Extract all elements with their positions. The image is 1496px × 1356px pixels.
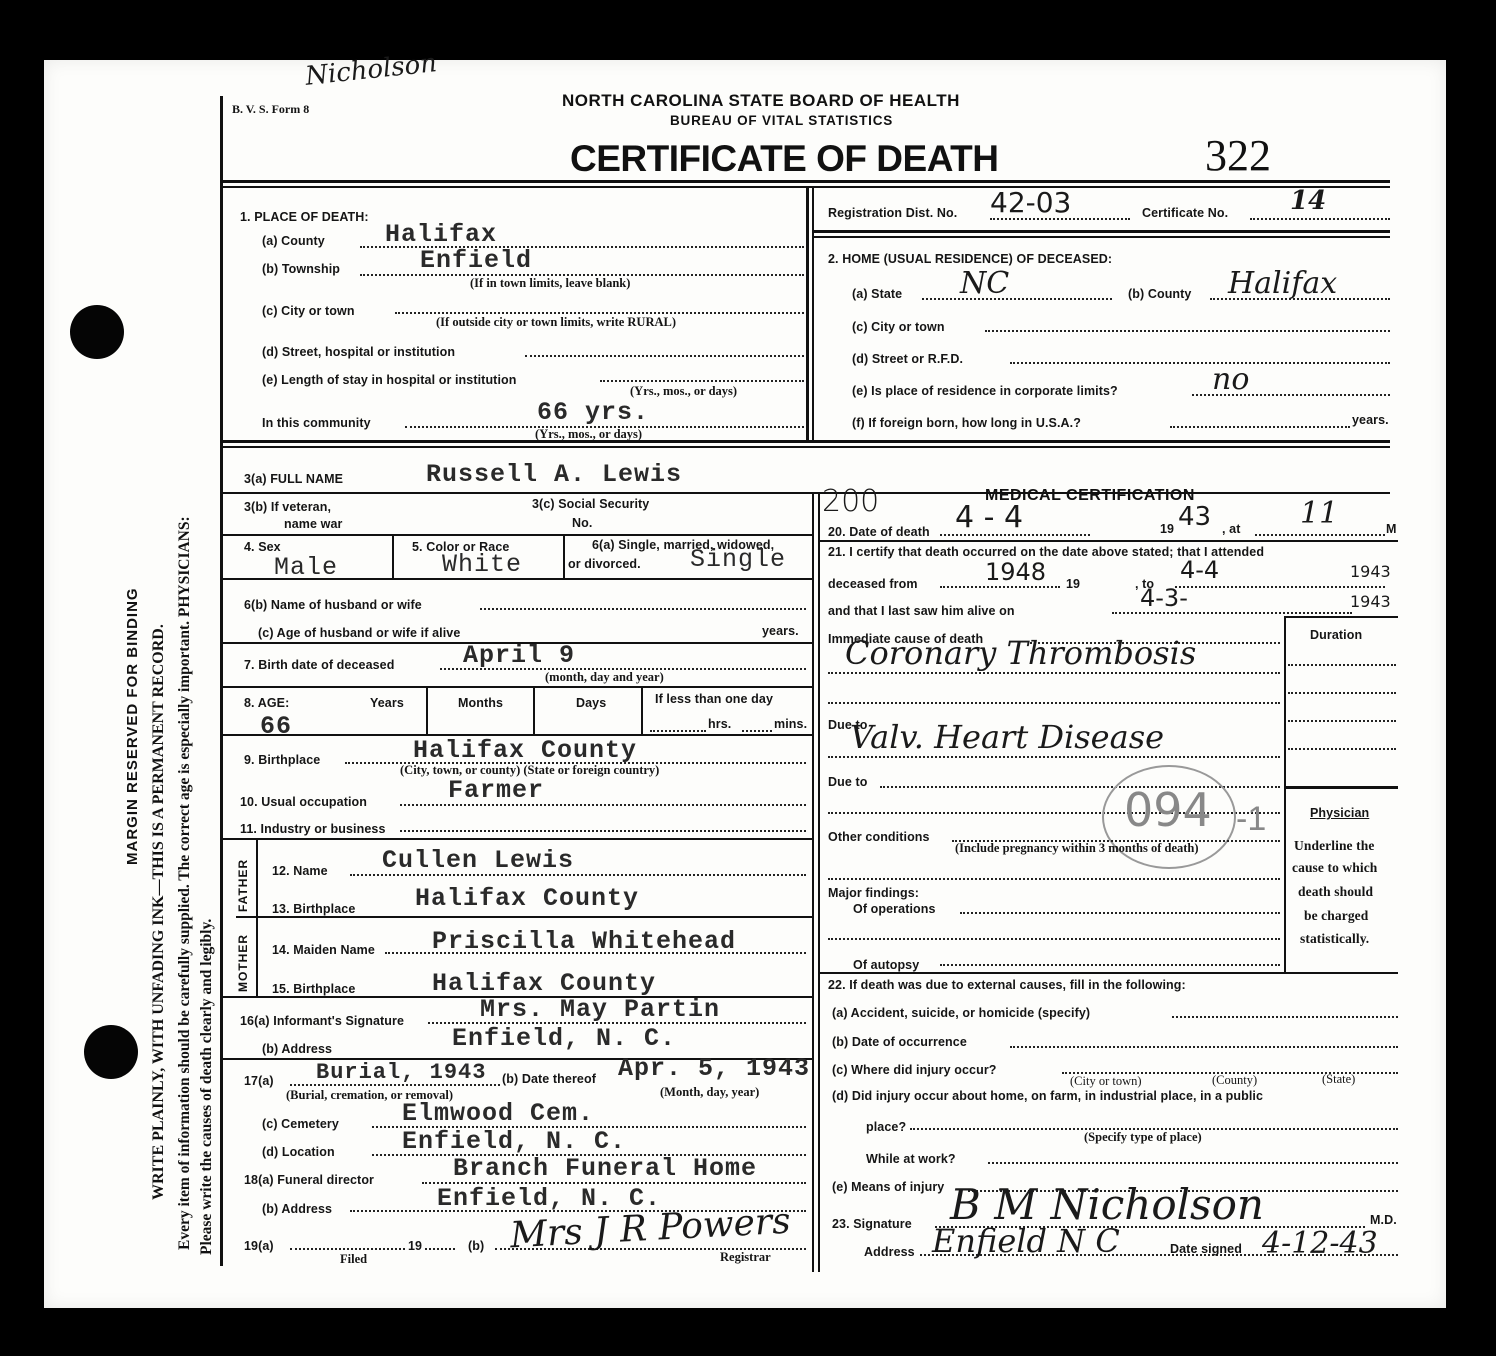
funeral-director-value: Branch Funeral Home: [453, 1154, 757, 1183]
injury-place-label-1: (d) Did injury occur about home, on farm…: [832, 1089, 1263, 1103]
filed-caption: Filed: [340, 1252, 367, 1267]
attended-to-value: 4-4: [1180, 556, 1219, 584]
community-note: (Yrs., mos., or days): [535, 427, 642, 442]
father-name-value: Cullen Lewis: [382, 846, 574, 875]
operations-line-2: [828, 938, 1280, 940]
mother-name-label: 14. Maiden Name: [272, 943, 375, 957]
certificate-no-line: [1250, 218, 1390, 220]
burial-location-label: (d) Location: [262, 1145, 335, 1159]
father-birthplace-value: Halifax County: [415, 884, 639, 913]
death-street-label: (d) Street, hospital or institution: [262, 345, 455, 359]
certificate-title: CERTIFICATE OF DEATH: [570, 138, 999, 180]
residence-city-label: (c) City or town: [852, 320, 945, 334]
birth-date-label: 7. Birth date of deceased: [244, 658, 394, 672]
classification-stamp-code: 094: [1124, 783, 1212, 837]
accident-line: [1172, 1016, 1398, 1018]
row4-top-rule: [222, 534, 812, 536]
due-to-value-1: Valv. Heart Disease: [850, 718, 1164, 756]
veteran-label-2: name war: [284, 517, 342, 531]
death-date-value: 4 - 4: [955, 500, 1023, 535]
spouse-name-line: [480, 608, 806, 610]
left-frame-line: [220, 96, 223, 1266]
injury-place-label-2: place?: [866, 1120, 906, 1134]
binding-hole-top: [70, 305, 124, 359]
section1-bottom-rule-2: [222, 446, 1390, 448]
margin-info-note: Every item of information should be care…: [176, 516, 194, 1250]
attended-from-label: deceased from: [828, 577, 918, 591]
duration-divider: [1284, 616, 1286, 972]
residence-state-label: (a) State: [852, 287, 902, 301]
date-signed-label: Date signed: [1170, 1242, 1242, 1256]
filed-label-a: 19(a): [244, 1239, 274, 1253]
certificate-no-value: 14: [1290, 186, 1326, 216]
foreign-born-line: [1170, 426, 1350, 428]
age-years-divider: [426, 686, 428, 734]
city-note: (If outside city or town limits, write R…: [436, 315, 676, 330]
attended-to-line: [1175, 586, 1385, 588]
age-mins-label: mins.: [774, 717, 807, 731]
corporate-limits-label: (e) Is place of residence in corporate l…: [852, 384, 1118, 398]
residence-top-rule-2: [812, 236, 1390, 238]
death-city-line: [395, 312, 804, 314]
full-name-value: Russell A. Lewis: [426, 460, 682, 489]
medical-divider: [812, 492, 814, 1272]
occupation-label: 10. Usual occupation: [240, 795, 367, 809]
md-suffix: M.D.: [1370, 1213, 1397, 1227]
death-year-prefix: 19: [1160, 522, 1174, 536]
residence-top-rule: [812, 230, 1390, 233]
township-note: (If in town limits, leave blank): [470, 276, 630, 291]
marital-value: Single: [690, 545, 786, 574]
stay-length-note: (Yrs., mos., or days): [630, 384, 737, 399]
race-marital-divider: [563, 534, 565, 578]
death-time-suffix: M: [1386, 522, 1397, 536]
attended-from-value: 1948: [985, 558, 1046, 586]
director-address-label: (b) Address: [262, 1202, 332, 1216]
filed-year-prefix: 19: [408, 1239, 422, 1253]
death-county-value: Halifax: [385, 220, 497, 249]
physician-note-1: Underline the: [1294, 838, 1374, 854]
ssn-label-2: No.: [572, 516, 592, 530]
filed-year-line: [425, 1248, 455, 1250]
informant-signature-label: 16(a) Informant's Signature: [240, 1014, 404, 1028]
death-township-label: (b) Township: [262, 262, 340, 276]
cause-line-3: [828, 702, 1280, 704]
certificate-no-label: Certificate No.: [1142, 206, 1228, 220]
father-birthplace-label: 13. Birthplace: [272, 902, 355, 916]
duration-line-1: [1288, 664, 1396, 666]
immediate-cause-line-2: [828, 672, 1280, 674]
sex-race-divider: [392, 534, 394, 578]
where-note-county: (County): [1212, 1073, 1257, 1088]
binding-hole-bottom: [84, 1025, 138, 1079]
disposition-value: Burial, 1943: [316, 1060, 486, 1085]
margin-binding-note: MARGIN RESERVED FOR BINDING: [124, 587, 141, 865]
age-days-label: Days: [576, 696, 606, 710]
classification-stamp-suffix: -1: [1236, 800, 1266, 839]
medical-divider-2: [818, 492, 820, 1272]
birthplace-value: Halifax County: [413, 736, 637, 765]
death-at-label: , at: [1222, 522, 1240, 536]
death-city-label: (c) City or town: [262, 304, 355, 318]
age-hrs-line: [650, 730, 706, 732]
physician-address-value: Enfield N C: [932, 1222, 1120, 1260]
mother-birthplace-value: Halifax County: [432, 969, 656, 998]
operations-line: [960, 912, 1280, 914]
row6-top-rule: [222, 578, 812, 580]
birth-date-note: (month, day and year): [545, 670, 664, 685]
spouse-age-label: (c) Age of husband or wife if alive: [258, 626, 460, 640]
residence-county-label: (b) County: [1128, 287, 1191, 301]
veteran-label-1: 3(b) If veteran,: [244, 500, 331, 514]
stay-length-label: (e) Length of stay in hospital or instit…: [262, 373, 517, 387]
means-of-injury-label: (e) Means of injury: [832, 1180, 944, 1194]
section1-bottom-rule: [222, 440, 1390, 443]
spouse-name-label: 6(b) Name of husband or wife: [244, 598, 422, 612]
duration-label: Duration: [1310, 628, 1362, 642]
birth-date-value: April 9: [463, 641, 575, 670]
last-saw-value: 4-3-: [1140, 584, 1188, 612]
physician-address-label: Address: [864, 1245, 915, 1259]
margin-causes-note: Please write the causes of death clearly…: [198, 919, 216, 1255]
injury-place-note: (Specify type of place): [1084, 1130, 1202, 1145]
mother-top-rule: [236, 916, 812, 918]
spouse-age-unit: years.: [762, 624, 799, 638]
while-at-work-line: [988, 1162, 1398, 1164]
duration-line-4: [1288, 748, 1396, 750]
other-conditions-line-2: [828, 878, 1280, 880]
physician-signature-label: 23. Signature: [832, 1217, 912, 1231]
registration-dist-label: Registration Dist. No.: [828, 206, 957, 220]
death-year-value: 43: [1178, 502, 1211, 532]
age-years-label: Years: [370, 696, 404, 710]
last-saw-line: [1112, 612, 1352, 614]
certify-top-rule: [818, 540, 1398, 542]
header-rule: [222, 180, 1390, 183]
duration-line-2: [1288, 692, 1396, 694]
margin-ink-note: WRITE PLAINLY, WITH UNFADING INK—THIS IS…: [150, 624, 168, 1200]
operations-label: Of operations: [853, 902, 936, 916]
center-divider-2: [812, 186, 814, 442]
father-name-label: 12. Name: [272, 864, 328, 878]
filed-label-b: (b): [468, 1239, 484, 1253]
informant-signature-value: Mrs. May Partin: [480, 995, 720, 1024]
attended-to-year: 1943: [1350, 562, 1391, 581]
residence-heading: 2. HOME (USUAL RESIDENCE) OF DECEASED:: [828, 252, 1112, 266]
residence-street-label: (d) Street or R.F.D.: [852, 352, 963, 366]
age-less-label: If less than one day: [655, 692, 773, 706]
occurrence-date-line: [1010, 1046, 1398, 1048]
stamp-number: 322: [1205, 130, 1271, 181]
mother-birthplace-label: 15. Birthplace: [272, 982, 355, 996]
other-conditions-note: (Include pregnancy within 3 months of de…: [955, 841, 1199, 856]
residence-street-line: [1010, 362, 1390, 364]
while-at-work-label: While at work?: [866, 1152, 956, 1166]
residence-county-value: Halifax: [1228, 266, 1337, 301]
filed-date-line: [290, 1248, 405, 1250]
residence-state-value: NC: [960, 266, 1009, 301]
death-time-value: 11: [1300, 496, 1338, 531]
mother-tab: MOTHER: [236, 934, 250, 992]
accident-label: (a) Accident, suicide, or homicide (spec…: [832, 1006, 1090, 1020]
burial-date-note: (Month, day, year): [660, 1085, 759, 1100]
center-divider: [806, 186, 809, 442]
where-note-city: (City or town): [1070, 1074, 1142, 1089]
attended-from-line: [940, 586, 1060, 588]
autopsy-label: Of autopsy: [853, 958, 919, 972]
mother-name-value: Priscilla Whitehead: [432, 927, 736, 956]
due-to-line-1: [828, 756, 1280, 758]
registrar-caption: Registrar: [720, 1250, 771, 1265]
disposition-label: 17(a): [244, 1074, 274, 1088]
industry-line: [400, 830, 806, 832]
death-street-line: [525, 355, 804, 357]
age-years-value: 66: [260, 712, 292, 741]
death-time-line: [1255, 534, 1385, 536]
cause-top-rule: [1284, 616, 1398, 618]
date-signed-value: 4-12-43: [1262, 1226, 1378, 1261]
burial-date-value: Apr. 5, 1943: [618, 1054, 810, 1083]
immediate-cause-value: Coronary Thrombosis: [845, 634, 1196, 672]
foreign-born-unit: years.: [1352, 413, 1389, 427]
death-county-label: (a) County: [262, 234, 325, 248]
physician-note-5: statistically.: [1300, 931, 1369, 947]
age-days-divider: [641, 686, 643, 734]
registration-dist-value: 42-03: [990, 186, 1071, 219]
residence-state-line: [922, 298, 1112, 300]
birthplace-label: 9. Birthplace: [244, 753, 320, 767]
race-value: White: [442, 550, 522, 579]
duration-line-3: [1288, 720, 1396, 722]
physician-box-top-rule: [1284, 786, 1398, 789]
funeral-director-label: 18(a) Funeral director: [244, 1173, 374, 1187]
ssn-label-1: 3(c) Social Security: [532, 497, 649, 511]
cemetery-label: (c) Cemetery: [262, 1117, 339, 1131]
burial-date-label: (b) Date thereof: [502, 1072, 596, 1086]
physician-note-2: cause to which: [1292, 860, 1377, 876]
age-months-label: Months: [458, 696, 503, 710]
informant-address-value: Enfield, N. C.: [452, 1024, 676, 1053]
bureau-name: BUREAU OF VITAL STATISTICS: [670, 113, 893, 128]
sex-label: 4. Sex: [244, 540, 281, 554]
place-of-death-heading: 1. PLACE OF DEATH:: [240, 210, 369, 224]
age-label: 8. AGE:: [244, 696, 289, 710]
agency-name: NORTH CAROLINA STATE BOARD OF HEALTH: [562, 91, 960, 111]
industry-label: 11. Industry or business: [240, 822, 386, 836]
age-mins-line: [742, 730, 772, 732]
form-id: B. V. S. Form 8: [232, 102, 309, 117]
death-township-value: Enfield: [420, 246, 532, 275]
external-top-rule: [818, 972, 1398, 974]
full-name-rule: [222, 492, 1390, 494]
last-saw-year: 1943: [1350, 592, 1391, 611]
due-to-label-2: Due to: [828, 775, 868, 789]
community-label: In this community: [262, 416, 371, 430]
other-conditions-label: Other conditions: [828, 830, 930, 844]
father-tab: FATHER: [236, 859, 250, 912]
informant-address-label: (b) Address: [262, 1042, 332, 1056]
where-note-state: (State): [1322, 1072, 1355, 1087]
external-heading: 22. If death was due to external causes,…: [828, 978, 1186, 992]
autopsy-line: [940, 964, 1280, 966]
attended-from-year: 19: [1066, 577, 1080, 591]
community-value: 66 yrs.: [537, 398, 649, 427]
full-name-label: 3(a) FULL NAME: [244, 472, 343, 486]
marital-label-2: or divorced.: [568, 557, 641, 571]
injury-where-label: (c) Where did injury occur?: [832, 1063, 997, 1077]
occurrence-date-label: (b) Date of occurrence: [832, 1035, 967, 1049]
corporate-limits-value: no: [1212, 362, 1249, 397]
medical-code-note: 200: [822, 484, 879, 519]
last-saw-label: and that I last saw him alive on: [828, 604, 1015, 618]
parents-top-rule: [222, 838, 812, 840]
burial-location-value: Enfield, N. C.: [402, 1127, 626, 1156]
foreign-born-label: (f) If foreign born, how long in U.S.A.?: [852, 416, 1081, 430]
death-date-label: 20. Date of death: [828, 525, 930, 539]
age-hrs-label: hrs.: [708, 717, 731, 731]
residence-city-line: [985, 330, 1390, 332]
physician-note-4: be charged: [1304, 908, 1368, 924]
occupation-value: Farmer: [448, 776, 544, 805]
physician-note-3: death should: [1298, 884, 1373, 900]
age-months-divider: [533, 686, 535, 734]
major-findings-label: Major findings:: [828, 886, 919, 900]
stay-length-line: [600, 380, 804, 382]
physician-heading: Physician: [1310, 806, 1369, 820]
cemetery-value: Elmwood Cem.: [402, 1099, 594, 1128]
row8-top-rule: [222, 686, 812, 688]
